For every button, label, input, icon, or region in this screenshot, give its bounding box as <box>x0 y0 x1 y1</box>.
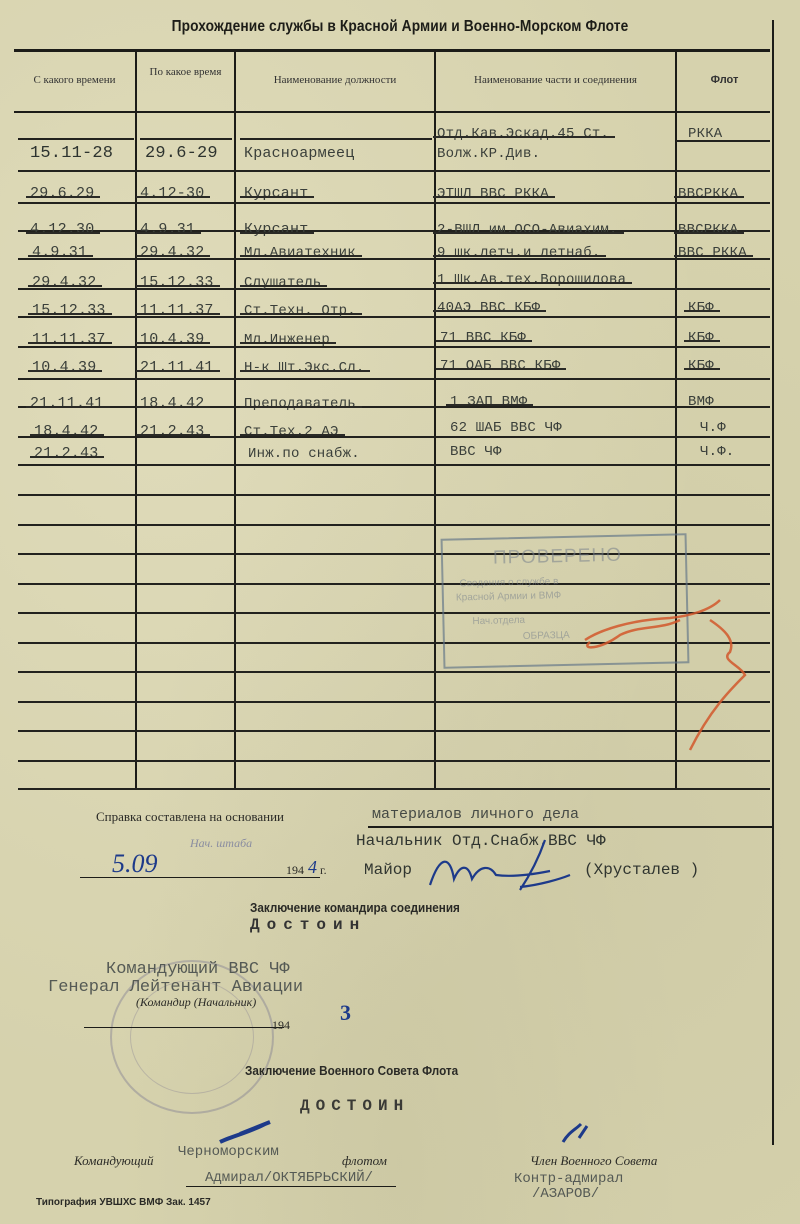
blue-signature-icon <box>420 835 590 895</box>
row5-unit: 1 Шк.Ав.тех.Ворошилова <box>437 272 626 288</box>
stamp-line2: Сведения о службе в <box>459 576 558 589</box>
row7-unit: 71 ВВС КБФ <box>440 330 526 346</box>
rule <box>18 378 770 380</box>
admiral-underline <box>186 1186 396 1187</box>
rule <box>140 138 232 140</box>
basis-underline <box>368 826 772 828</box>
commander-date-underline <box>84 1027 284 1028</box>
row2-fleet: ВВСРККА <box>678 186 738 202</box>
row11-unit: ВВС ЧФ <box>450 444 502 460</box>
rule <box>18 436 770 438</box>
row11-position: Инж.по снабж. <box>248 446 360 462</box>
table-top-border <box>14 49 770 52</box>
row3-from: 4.12.30 <box>30 222 94 238</box>
commander-fleet-suffix: флотом <box>342 1153 387 1169</box>
row9-position: Преподаватель <box>244 396 356 412</box>
row5-position: Слушатель <box>244 275 321 291</box>
row6-fleet: КБФ <box>688 300 714 316</box>
signer-rank: Майор <box>364 861 412 879</box>
row5-to: 15.12.33 <box>140 275 214 291</box>
rule <box>18 170 770 172</box>
rule <box>18 138 134 140</box>
chief-of-staff-note: Нач. штаба <box>190 836 252 851</box>
col-divider-3 <box>434 50 436 790</box>
row4-position: Мл.Авиатехник <box>244 245 356 261</box>
row4-fleet: ВВС РККА <box>678 245 747 261</box>
basis-label: Справка составлена на основании <box>96 809 284 825</box>
row2-position: Курсант <box>244 186 308 202</box>
header-to: По какое время <box>137 66 234 79</box>
row2-unit: ЭТШЛ ВВС РККА <box>437 186 549 202</box>
row7-position: Мл.Инженер <box>244 332 330 348</box>
signer-name: (Хрусталев ) <box>584 861 699 879</box>
stamp-line4: Нач.отдела <box>472 615 525 627</box>
council-verdict: ДОСТОИН <box>300 1097 409 1115</box>
row3-to: 4.9.31 <box>140 222 195 238</box>
col-divider-1 <box>135 50 137 790</box>
basis-value: материалов личного дела <box>372 806 579 823</box>
stamp-line1: ПРОВЕРЕНО <box>493 545 622 570</box>
commander-verdict: Достоин <box>250 916 366 934</box>
row3-fleet: ВВСРККА <box>678 222 738 238</box>
row8-to: 21.11.41 <box>140 360 214 376</box>
row1-from: 15.11-28 <box>30 146 113 162</box>
row10-unit: 62 ШАБ ВВС ЧФ <box>450 420 562 436</box>
header-unit: Наименование части и соединения <box>436 74 675 87</box>
ink-mark-icon <box>555 1118 595 1148</box>
row4-unit: 9 шк.летч.и летнаб. <box>437 245 600 261</box>
row1-unit-line1: Отд.Кав.Эскад.45 Ст. <box>437 126 609 142</box>
row6-from: 15.12.33 <box>32 303 106 319</box>
row9-to: 18.4.42 <box>140 396 204 412</box>
header-position: Наименование должности <box>236 74 434 87</box>
row4-from: 4.9.31 <box>32 245 87 261</box>
row7-fleet: КБФ <box>688 330 714 346</box>
row10-to: 21.2.43 <box>140 424 204 440</box>
rule <box>18 230 770 232</box>
row10-from: 18.4.42 <box>34 424 98 440</box>
row4-to: 29.4.32 <box>140 245 204 261</box>
row7-to: 10.4.39 <box>140 332 204 348</box>
council-conclusion-label: Заключение Военного Совета Флота <box>245 1063 458 1078</box>
row7-from: 11.11.37 <box>32 332 106 348</box>
row9-unit: 1 ЗАП ВМФ <box>450 394 527 410</box>
row10-fleet: Ч.Ф <box>700 420 726 436</box>
row8-fleet: КБФ <box>688 358 714 374</box>
page-title: Прохождение службы в Красной Армии и Вое… <box>56 18 744 36</box>
printer-footer: Типография УВШХС ВМФ Зак. 1457 <box>36 1197 211 1208</box>
commander-caption: (Командир (Начальник) <box>136 995 256 1010</box>
row1-to: 29.6-29 <box>145 146 218 162</box>
row8-position: Н-к Шт.Экс.Сл. <box>244 360 364 376</box>
row2-to: 4.12-30 <box>140 186 204 202</box>
row5-from: 29.4.32 <box>32 275 96 291</box>
stamp-line3: Красной Армии и ВМФ <box>456 590 562 603</box>
council-member-rank: Контр-адмирал <box>514 1171 623 1187</box>
rule <box>18 464 770 466</box>
row10-position: Ст.Тех.2 АЭ <box>244 424 339 440</box>
rule <box>240 138 432 140</box>
row11-fleet: Ч.Ф. <box>700 444 734 460</box>
year-prefix: 194 <box>286 863 304 878</box>
rule <box>18 494 770 496</box>
row9-from: 21.11.41 <box>30 396 104 412</box>
admiral-name: Адмирал/ОКТЯБРЬСКИЙ/ <box>205 1170 373 1186</box>
right-border <box>772 20 774 1145</box>
commander-line1: Командующий ВВС ЧФ <box>106 960 290 979</box>
rule <box>18 288 770 290</box>
col-divider-2 <box>234 50 236 790</box>
header-divider <box>14 111 770 113</box>
rule <box>18 316 770 318</box>
red-signature-icon <box>560 580 760 760</box>
year-handwritten: 4 <box>308 857 317 878</box>
row9-fleet: ВМФ <box>688 394 714 410</box>
commander-fleet-prefix: Командующий <box>74 1153 154 1169</box>
date-underline <box>80 877 320 878</box>
year-end: г. <box>320 863 327 878</box>
row3-unit: 2-ВШЛ им.ОСО-Авиахим. <box>437 222 618 238</box>
commander-year: 194 <box>272 1018 290 1033</box>
row1-position: Красноармеец <box>244 146 354 162</box>
row3-position: Курсант <box>244 222 308 238</box>
header-to-text: По какое время <box>150 66 222 78</box>
row8-from: 10.4.39 <box>32 360 96 376</box>
rule <box>18 202 770 204</box>
row2-from: 29.6.29 <box>30 186 94 202</box>
rule <box>18 346 770 348</box>
rule <box>18 258 770 260</box>
row6-unit: 40АЭ ВВС КБФ <box>437 300 540 316</box>
row1-unit-line2: Волж.КР.Див. <box>437 146 540 162</box>
commander-conclusion-label: Заключение командира соединения <box>250 900 460 915</box>
rule <box>18 524 770 526</box>
commander-year-hand: 3 <box>340 1000 351 1026</box>
council-member-name: /АЗАРОВ/ <box>532 1186 599 1202</box>
council-member-label: Член Военного Совета <box>530 1153 657 1169</box>
row8-unit: 71 ОАБ ВВС КБФ <box>440 358 560 374</box>
row11-from: 21.2.43 <box>34 446 98 462</box>
rule <box>18 788 770 790</box>
rule <box>18 406 770 408</box>
rule <box>18 760 770 762</box>
header-from: С какого времени <box>14 74 135 87</box>
commander-fleet-typed: Черноморским <box>178 1144 279 1160</box>
row6-to: 11.11.37 <box>140 303 214 319</box>
header-fleet: Флот <box>677 74 772 87</box>
row1-fleet: РККА <box>688 126 722 142</box>
row6-position: Ст.Техн. Отр. <box>244 303 356 319</box>
date-handwritten: 5.09 <box>112 849 158 879</box>
